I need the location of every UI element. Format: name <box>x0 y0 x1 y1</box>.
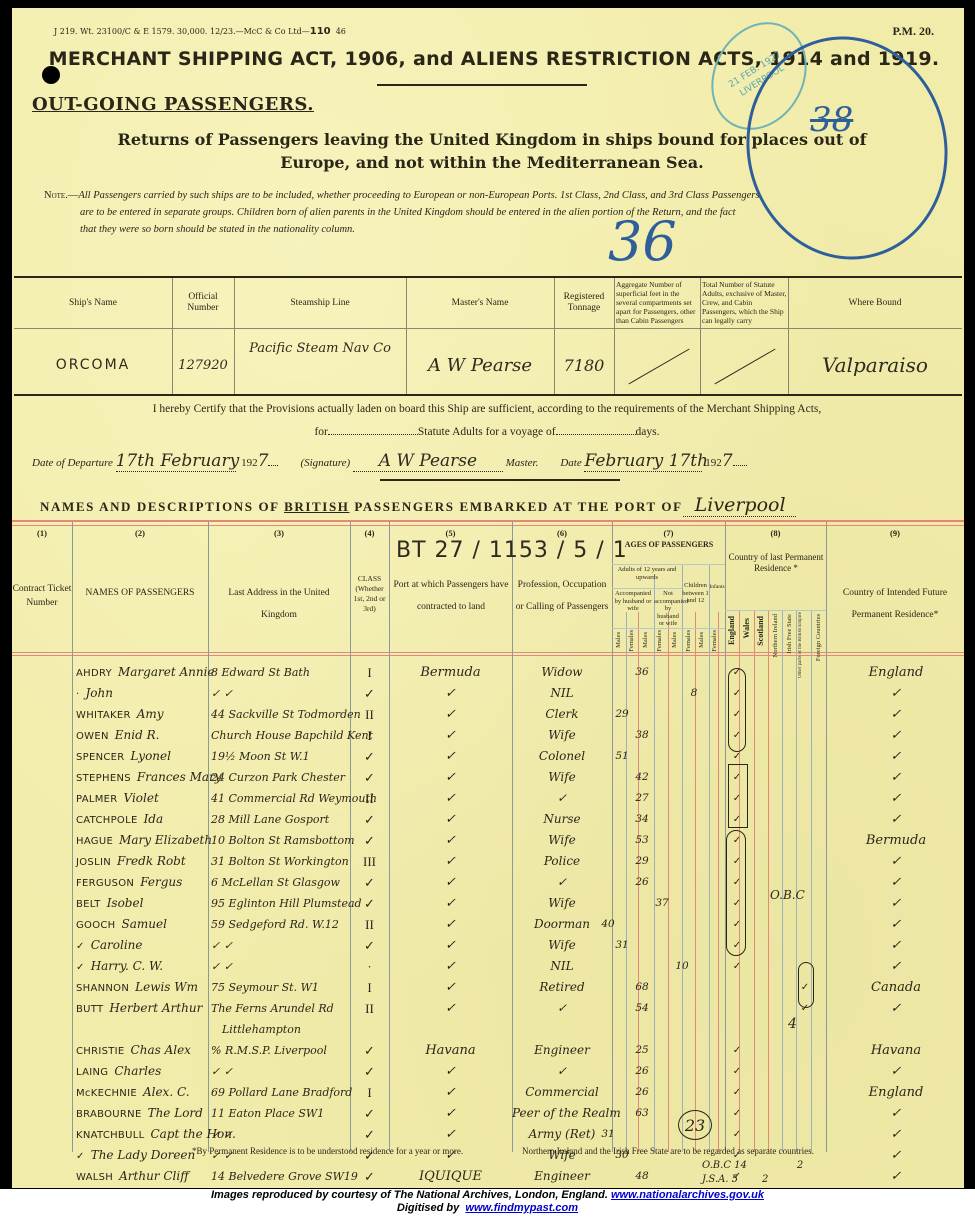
ship-details-table: Ship's Name Official Number Steamship Li… <box>14 276 962 396</box>
table-row: AHDRYMargaret Annie8 Edward St BathIBerm… <box>12 662 964 683</box>
port-of-landing: ✓ <box>389 1082 512 1103</box>
findmypast-link[interactable]: www.findmypast.com <box>465 1202 578 1214</box>
surname: BUTT <box>76 1004 103 1015</box>
surname: CHRISTIE <box>76 1046 125 1057</box>
occupation: Commercial <box>512 1082 612 1103</box>
residence-england: ✓ <box>730 956 744 977</box>
age: 26 <box>632 1082 652 1103</box>
archive-reference: BT 27 / 1153 / 5 / 1 <box>396 538 628 563</box>
port-of-landing: ✓ <box>389 809 512 830</box>
given-names: Fredk Robt <box>117 854 186 868</box>
header-ship-name: Ship's Name <box>14 278 172 328</box>
footnote-ireland: Northern Ireland and the Irish Free Stat… <box>522 1146 814 1156</box>
future-residence: Havana <box>828 1040 964 1061</box>
residence-england: ✓ <box>730 1124 744 1145</box>
class: ✓ <box>350 1061 389 1082</box>
age: 26 <box>632 872 652 893</box>
port-of-landing: ✓ <box>389 725 512 746</box>
table-row: BUTTHerbert ArthurThe Ferns Arundel RdLi… <box>12 998 964 1040</box>
last-address: ✓ ✓ <box>211 935 233 956</box>
table-row: WHITAKERAmy44 Sackville St TodmordenII✓C… <box>12 704 964 725</box>
statute-adults-line: forStatute Adults for a voyage ofdays. <box>12 426 962 438</box>
class: ✓ <box>350 935 389 956</box>
voyage-days-field <box>556 434 636 435</box>
passenger-name: ✓The Lady Doreen <box>76 1145 195 1166</box>
last-address: 59 Sedgeford Rd. W.12 <box>211 914 339 935</box>
occupation: Wife <box>512 767 612 788</box>
age: 37 <box>652 893 672 914</box>
bracket-oval-group-1 <box>728 668 746 752</box>
age: 48 <box>632 1166 652 1187</box>
date-value: February 17th <box>584 451 702 472</box>
last-address: % R.M.S.P. Liverpool <box>211 1040 327 1061</box>
occupation: Peer of the Realm <box>512 1103 612 1124</box>
table-row: PALMERViolet41 Commercial Rd WeymouthII✓… <box>12 788 964 809</box>
port-of-landing: ✓ <box>389 935 512 956</box>
punch-hole <box>42 66 60 84</box>
passenger-name: AHDRYMargaret Annie <box>76 662 215 683</box>
archive-footer: Images reproduced by courtesy of The Nat… <box>0 1189 975 1219</box>
class: II <box>350 704 389 725</box>
tally-line-2: J.S.A. 52 <box>702 1174 768 1185</box>
title-divider <box>377 84 587 86</box>
passenger-name: GOOCHSamuel <box>76 914 167 935</box>
header-ticket-number: Contract Ticket Number <box>12 582 72 610</box>
given-names: Ida <box>144 812 164 826</box>
occupation: Widow <box>512 662 612 683</box>
future-residence: ✓ <box>828 704 964 725</box>
page-number-handwritten: 36 <box>608 210 677 273</box>
age: 8 <box>684 683 704 704</box>
passenger-name: BELTIsobel <box>76 893 143 914</box>
future-residence: ✓ <box>828 1166 964 1187</box>
class: ✓ <box>350 872 389 893</box>
table-row: JOSLINFredk Robt31 Bolton St WorkingtonI… <box>12 851 964 872</box>
passenger-name: OWENEnid R. <box>76 725 159 746</box>
class: ✓ <box>350 683 389 704</box>
age: 29 <box>632 851 652 872</box>
residence-england: ✓ <box>730 1061 744 1082</box>
given-names: Charles <box>114 1064 161 1078</box>
last-address: 14 Belvedere Grove SW19 <box>211 1166 358 1187</box>
future-residence: ✓ <box>828 1061 964 1082</box>
header-steamship-line: Steamship Line <box>234 278 406 328</box>
occupation: Wife <box>512 935 612 956</box>
surname: ✓ <box>76 941 85 952</box>
class: I <box>350 977 389 998</box>
future-residence: ✓ <box>828 956 964 977</box>
age: 53 <box>632 830 652 851</box>
class: ✓ <box>350 1103 389 1124</box>
future-residence: Bermuda <box>828 830 964 851</box>
table-row: FERGUSONFergus6 McLellan St Glasgow✓✓✓26… <box>12 872 964 893</box>
header-port-of-landing: Port at which Passengers have contracted… <box>392 574 510 618</box>
signature-value: A W Pearse <box>353 451 503 472</box>
passenger-name: SHANNONLewis Wm <box>76 977 198 998</box>
class: II <box>350 914 389 935</box>
occupation: Wife <box>512 893 612 914</box>
port-of-landing: ✓ <box>389 1061 512 1082</box>
official-number-value: 127920 <box>172 340 234 390</box>
age: 10 <box>672 956 692 977</box>
occupation: Wife <box>512 725 612 746</box>
departure-signature-line: Date of Departure 17th February 1927 (Si… <box>32 451 952 472</box>
header-future-residence: Country of Intended Future Permanent Res… <box>830 582 960 626</box>
header-aggregate-feet: Aggregate Number of superficial feet in … <box>616 278 700 328</box>
departure-date-value: 17th February <box>116 451 236 472</box>
header-ages: AGES OF PASSENGERS <box>614 540 724 549</box>
passenger-name: LAINGCharles <box>76 1061 161 1082</box>
surname: JOSLIN <box>76 857 111 868</box>
class: II <box>350 998 389 1019</box>
age: 68 <box>632 977 652 998</box>
last-address: 8 Edward St Bath <box>211 662 310 683</box>
surname: GOOCH <box>76 920 116 931</box>
future-residence: ✓ <box>828 872 964 893</box>
passenger-name: ✓Caroline <box>76 935 143 956</box>
class: ✓ <box>350 809 389 830</box>
header-occupation: Profession, Occupation or Calling of Pas… <box>514 574 610 618</box>
last-address: 28 Mill Lane Gosport <box>211 809 329 830</box>
last-address: 44 Sackville St Todmorden <box>211 704 361 725</box>
table-row: GOOCHSamuel59 Sedgeford Rd. W.12II✓Doorm… <box>12 914 964 935</box>
passenger-name: JOSLINFredk Robt <box>76 851 186 872</box>
last-address: 69 Pollard Lane Bradford <box>211 1082 352 1103</box>
print-reference: J 219. Wt. 23100/C & E 1579. 30,000. 12/… <box>54 26 346 37</box>
side-number: 4 <box>788 1016 797 1032</box>
surname: KNATCHBULL <box>76 1130 144 1141</box>
header-accompanied: Accompanied by husband or wife <box>612 590 654 613</box>
age: 36 <box>632 662 652 683</box>
given-names: Harry. C. W. <box>91 959 163 973</box>
future-residence: England <box>828 662 964 683</box>
age: 51 <box>612 746 632 767</box>
given-names: Lewis Wm <box>135 980 198 994</box>
port-of-landing: ✓ <box>389 1124 512 1145</box>
port-of-landing: ✓ <box>389 872 512 893</box>
future-residence: ✓ <box>828 893 964 914</box>
passenger-table: (1) (2) (3) (4) (5) (6) (7) (8) (9) BT 2… <box>12 520 964 1152</box>
last-address: Church House Bapchild Kent <box>211 725 373 746</box>
surname: ✓ <box>76 962 85 973</box>
port-of-landing: ✓ <box>389 767 512 788</box>
occupation: Colonel <box>512 746 612 767</box>
age: 31 <box>598 1124 618 1145</box>
occupation: Wife <box>512 830 612 851</box>
masters-name-value: A W Pearse <box>406 340 554 390</box>
given-names: Caroline <box>91 938 143 952</box>
age: 27 <box>632 788 652 809</box>
circled-total: 23 <box>678 1110 712 1140</box>
future-residence: ✓ <box>828 767 964 788</box>
port-of-landing: IQUIQUE <box>389 1166 512 1187</box>
age: 26 <box>632 1061 652 1082</box>
table-row: CHRISTIEChas Alex% R.M.S.P. Liverpool✓Ha… <box>12 1040 964 1061</box>
footnote-residence: *By Permanent Residence is to be underst… <box>192 1146 463 1156</box>
occupation: NIL <box>512 683 612 704</box>
last-address: ✓ ✓ <box>211 683 233 704</box>
class: ✓ <box>350 1124 389 1145</box>
class: III <box>350 851 389 872</box>
occupation: Retired <box>512 977 612 998</box>
surname: LAING <box>76 1067 108 1078</box>
given-names: Arthur Cliff <box>119 1169 189 1183</box>
port-of-landing: Havana <box>389 1040 512 1061</box>
residence-england: ✓ <box>730 1103 744 1124</box>
statute-adults-field <box>328 434 418 435</box>
last-address: 95 Eglinton Hill Plumstead <box>211 893 362 914</box>
header-where-bound: Where Bound <box>788 278 962 328</box>
future-residence: ✓ <box>828 1124 964 1145</box>
national-archives-link[interactable]: www.nationalarchives.gov.uk <box>611 1189 764 1201</box>
surname: ✓ <box>76 1151 85 1162</box>
surname: · <box>76 689 79 700</box>
table-row: STEPHENSFrances Mary24 Curzon Park Chest… <box>12 767 964 788</box>
given-names: Chas Alex <box>131 1043 191 1057</box>
port-of-landing: Bermuda <box>389 662 512 683</box>
header-last-address: Last Address in the United Kingdom <box>212 582 346 626</box>
occupation: Engineer <box>512 1040 612 1061</box>
where-bound-value: Valparaiso <box>788 340 962 390</box>
port-of-landing: ✓ <box>389 788 512 809</box>
surname: CATCHPOLE <box>76 815 138 826</box>
future-residence: ✓ <box>828 1145 964 1166</box>
given-names: Frances Mary <box>137 770 222 784</box>
header-not-accompanied: Not accompanied by husband or wife <box>654 590 682 628</box>
passenger-name: ✓Harry. C. W. <box>76 956 163 977</box>
passenger-list-document: J 219. Wt. 23100/C & E 1579. 30,000. 12/… <box>12 8 964 1188</box>
passenger-name: HAGUEMary Elizabeth <box>76 830 212 851</box>
table-row: OWENEnid R.Church House Bapchild KentI✓W… <box>12 725 964 746</box>
future-residence: ✓ <box>828 998 964 1019</box>
manifest-heading: NAMES AND DESCRIPTIONS OF BRITISH PASSEN… <box>40 494 796 516</box>
last-address: ✓ ✓ <box>211 1061 233 1082</box>
given-names: Mary Elizabeth <box>119 833 212 847</box>
last-address: The Ferns Arundel Rd <box>211 998 334 1019</box>
class: ✓ <box>350 767 389 788</box>
age: 63 <box>632 1103 652 1124</box>
future-residence: ✓ <box>828 1103 964 1124</box>
passenger-name: CATCHPOLEIda <box>76 809 163 830</box>
table-row: BRABOURNEThe Lord11 Eaton Place SW1✓✓Pee… <box>12 1103 964 1124</box>
header-infants: Infants <box>709 584 725 592</box>
header-registered-tonnage: Registered Tonnage <box>554 278 614 328</box>
residence-england: ✓ <box>730 1040 744 1061</box>
port-of-landing: ✓ <box>389 977 512 998</box>
given-names: The Lord <box>148 1106 203 1120</box>
surname: STEPHENS <box>76 773 131 784</box>
port-of-landing: ✓ <box>389 746 512 767</box>
header-total-adults: Total Number of Statute Adults, exclusiv… <box>702 278 788 328</box>
future-residence: ✓ <box>828 746 964 767</box>
class: I <box>350 1082 389 1103</box>
future-residence: ✓ <box>828 914 964 935</box>
passenger-name: STEPHENSFrances Mary <box>76 767 222 788</box>
bracket-oval-group-3 <box>726 830 746 956</box>
passenger-name: BRABOURNEThe Lord <box>76 1103 203 1124</box>
age: 31 <box>612 935 632 956</box>
header-official-number: Official Number <box>172 278 234 328</box>
last-address: 6 McLellan St Glasgow <box>211 872 340 893</box>
surname: HAGUE <box>76 836 113 847</box>
signature-divider <box>380 479 620 481</box>
occupation: Nurse <box>512 809 612 830</box>
given-names: Herbert Arthur <box>109 1001 202 1015</box>
surname: WHITAKER <box>76 710 131 721</box>
class: I <box>350 725 389 746</box>
header-children: Children between 1 and 12 <box>682 582 709 605</box>
port-of-landing: ✓ <box>389 893 512 914</box>
port-of-landing: ✓ <box>389 683 512 704</box>
age: 34 <box>632 809 652 830</box>
age: 54 <box>632 998 652 1019</box>
digitised-line: Digitised by www.findmypast.com <box>0 1202 975 1215</box>
port-of-landing: ✓ <box>389 1103 512 1124</box>
occupation: Doorman <box>512 914 612 935</box>
surname: McKECHNIE <box>76 1088 137 1099</box>
registered-tonnage-value: 7180 <box>554 340 614 390</box>
tally-line-1: O.B.C 142 <box>702 1160 803 1171</box>
certification-text: I hereby Certify that the Provisions act… <box>12 403 962 415</box>
class: II <box>350 788 389 809</box>
given-names: Amy <box>137 707 164 721</box>
section-title: OUT-GOING PASSENGERS. <box>32 94 314 115</box>
age: 42 <box>632 767 652 788</box>
occupation: ✓ <box>512 788 612 809</box>
port-of-landing: ✓ <box>389 956 512 977</box>
passenger-name: SPENCERLyonel <box>76 746 171 767</box>
form-number: P.M. 20. <box>892 24 934 39</box>
ship-table-divider <box>14 328 962 329</box>
credit-line: Images reproduced by courtesy of The Nat… <box>0 1189 975 1202</box>
future-residence: ✓ <box>828 809 964 830</box>
future-residence: ✓ <box>828 935 964 956</box>
last-address: 10 Bolton St Ramsbottom <box>211 830 355 851</box>
table-row: KNATCHBULLCapt the Hon.✓ ✓✓✓Army (Ret)31… <box>12 1124 964 1145</box>
last-address: ✓ ✓ <box>211 1124 233 1145</box>
surname: SHANNON <box>76 983 129 994</box>
total-adults-slash <box>714 349 775 385</box>
last-address: 75 Seymour St. W1 <box>211 977 319 998</box>
last-address: 24 Curzon Park Chester <box>211 767 345 788</box>
table-row: ✓Caroline✓ ✓✓✓Wife31✓✓ <box>12 935 964 956</box>
table-row: McKECHNIEAlex. C.69 Pollard Lane Bradfor… <box>12 1082 964 1103</box>
note-text: Note.—All Passengers carried by such shi… <box>44 187 924 238</box>
class: ✓ <box>350 1040 389 1061</box>
struck-number: 38 <box>810 100 853 140</box>
surname: BRABOURNE <box>76 1109 142 1120</box>
table-row: ✓The Lady Doreen✓ ✓✓✓Wife30✓✓ <box>12 1145 964 1166</box>
surname: FERGUSON <box>76 878 134 889</box>
class: ✓ <box>350 1166 389 1187</box>
passenger-name: FERGUSONFergus <box>76 872 182 893</box>
bracket-box-group-2 <box>728 764 748 828</box>
surname: BELT <box>76 899 101 910</box>
port-of-landing: ✓ <box>389 914 512 935</box>
surname: OWEN <box>76 731 109 742</box>
table-row: CATCHPOLEIda28 Mill Lane Gosport✓✓Nurse3… <box>12 809 964 830</box>
future-residence: England <box>828 1082 964 1103</box>
occupation: Engineer <box>512 1166 612 1187</box>
port-of-landing: ✓ <box>389 704 512 725</box>
surname: AHDRY <box>76 668 112 679</box>
occupation: NIL <box>512 956 612 977</box>
table-row: ✓Harry. C. W.✓ ✓·✓NIL10✓✓ <box>12 956 964 977</box>
occupation: Army (Ret) <box>512 1124 612 1145</box>
given-names: Lyonel <box>131 749 171 763</box>
future-residence: ✓ <box>828 725 964 746</box>
class: ✓ <box>350 746 389 767</box>
occupation: Clerk <box>512 704 612 725</box>
port-of-landing: ✓ <box>389 998 512 1019</box>
last-address: 19½ Moon St W.1 <box>211 746 310 767</box>
port-of-landing: ✓ <box>389 851 512 872</box>
surname: WALSH <box>76 1172 113 1183</box>
circled-other-empire <box>798 962 814 1008</box>
surname: SPENCER <box>76 752 125 763</box>
future-residence: ✓ <box>828 683 964 704</box>
embarkation-port: Liverpool <box>683 494 796 517</box>
last-address-line2: Littlehampton <box>222 1019 301 1040</box>
given-names: Isobel <box>107 896 144 910</box>
given-names: Enid R. <box>115 728 160 742</box>
given-names: Alex. C. <box>143 1085 190 1099</box>
passenger-name: BUTTHerbert Arthur <box>76 998 202 1019</box>
class: · <box>350 956 389 977</box>
age: 29 <box>612 704 632 725</box>
steamship-line-value: Pacific Steam Nav Co <box>234 328 406 368</box>
aggregate-feet-slash <box>628 349 689 385</box>
header-class: CLASS (Whether 1st, 2nd or 3rd) <box>350 574 389 614</box>
occupation: Police <box>512 851 612 872</box>
occupation: ✓ <box>512 872 612 893</box>
table-row: ·John✓ ✓✓✓NIL8✓✓ <box>12 683 964 704</box>
table-row: BELTIsobel95 Eglinton Hill Plumstead✓✓Wi… <box>12 893 964 914</box>
future-residence: ✓ <box>828 788 964 809</box>
passenger-name: ·John <box>76 683 113 704</box>
port-of-landing: ✓ <box>389 830 512 851</box>
residence-england: ✓ <box>730 1082 744 1103</box>
given-names: John <box>85 686 113 700</box>
obc-annotation: O.B.C <box>770 888 805 902</box>
table-row: HAGUEMary Elizabeth10 Bolton St Ramsbott… <box>12 830 964 851</box>
age: 38 <box>632 725 652 746</box>
header-masters-name: Master's Name <box>406 278 554 328</box>
table-row: LAINGCharles✓ ✓✓✓✓26✓✓ <box>12 1061 964 1082</box>
passenger-name: WHITAKERAmy <box>76 704 164 725</box>
future-residence: Canada <box>828 977 964 998</box>
surname: PALMER <box>76 794 118 805</box>
occupation: ✓ <box>512 1061 612 1082</box>
passenger-name: McKECHNIEAlex. C. <box>76 1082 190 1103</box>
header-adults: Adults of 12 years and upwards <box>612 566 682 581</box>
table-row: SPENCERLyonel19½ Moon St W.1✓✓Colonel51✓… <box>12 746 964 767</box>
header-passenger-names: NAMES OF PASSENGERS <box>78 582 202 604</box>
given-names: Samuel <box>122 917 167 931</box>
header-last-residence: Country of last Permanent Residence * <box>728 552 824 574</box>
passenger-name: WALSHArthur Cliff <box>76 1166 189 1187</box>
last-address: ✓ ✓ <box>211 956 233 977</box>
given-names: Violet <box>124 791 159 805</box>
last-address: 31 Bolton St Workington <box>211 851 349 872</box>
given-names: The Lady Doreen <box>91 1148 196 1162</box>
future-residence: ✓ <box>828 851 964 872</box>
given-names: Margaret Annie <box>118 665 215 679</box>
occupation: ✓ <box>512 998 612 1019</box>
given-names: Fergus <box>140 875 182 889</box>
passenger-name: PALMERViolet <box>76 788 159 809</box>
class: ✓ <box>350 830 389 851</box>
